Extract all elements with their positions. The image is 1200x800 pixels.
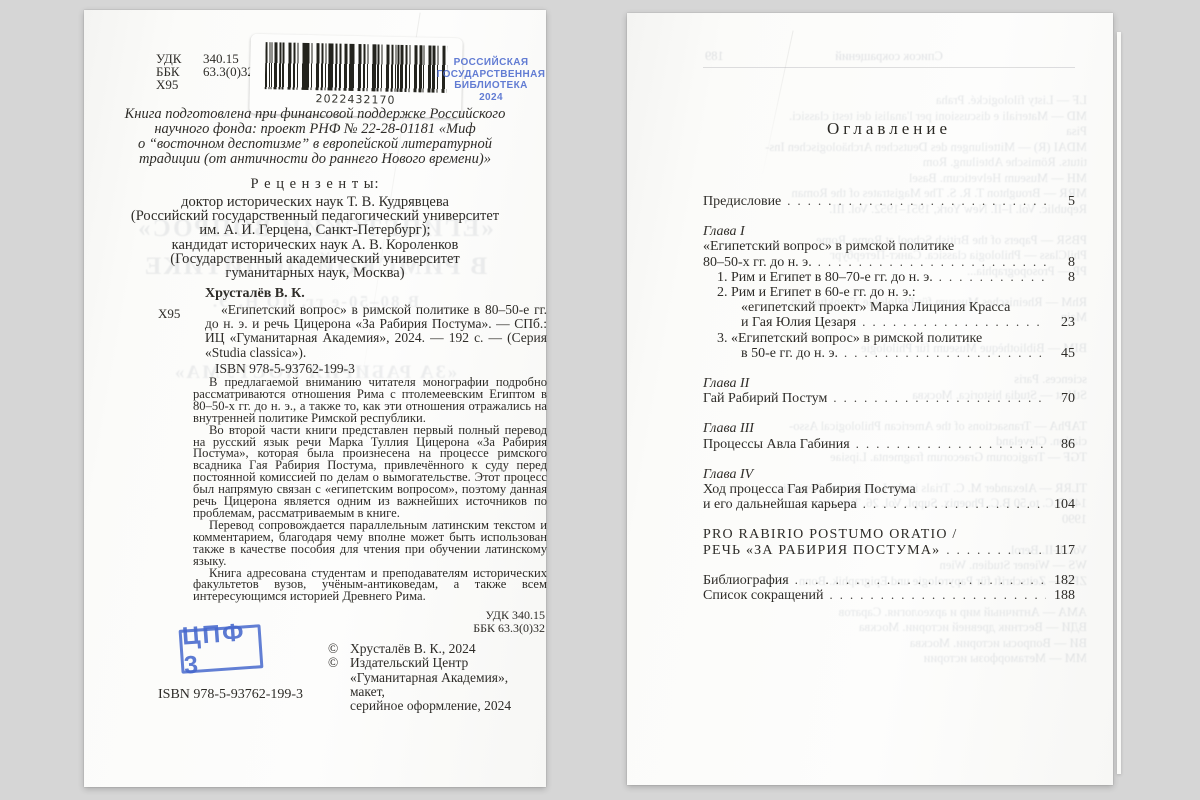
toc-entry: PRO RABIRIO POSTUMO ORATIO /РЕЧЬ «ЗА РАБ… bbox=[703, 527, 1075, 557]
copyright-symbol: © bbox=[328, 642, 350, 656]
toc-entry-line: Список сокращений188 bbox=[703, 588, 1075, 603]
copyright-text: «Гуманитарная Академия», макет, bbox=[350, 671, 546, 700]
ghost-text: ММ — Метаморфозы истории bbox=[667, 651, 1087, 667]
toc-entry-line: Ход процесса Гая Рабирия Постума bbox=[703, 482, 1075, 497]
shelf-mark: Х95 bbox=[158, 306, 180, 322]
toc-title: Оглавление bbox=[703, 118, 1075, 140]
toc-entry-line: Процессы Авла Габиния86 bbox=[703, 437, 1075, 452]
toc-entry-line: Библиография182 bbox=[703, 573, 1075, 588]
copyright-line: «Гуманитарная Академия», макет, bbox=[328, 671, 546, 700]
funding-note: Книга подготовлена при финансовой поддер… bbox=[114, 107, 516, 167]
ghost-text: ВИ — Вопросы истории. Москва bbox=[667, 636, 1087, 652]
showthrough-rule bbox=[703, 67, 1075, 68]
funding-note-line: научного фонда: проект РНФ № 22-28-01181… bbox=[114, 122, 516, 137]
toc-entry: Список сокращений188 bbox=[703, 588, 1075, 603]
toc-entry: Ход процесса Гая Рабирия Постумаи его да… bbox=[703, 482, 1075, 512]
toc-chapter-heading: Глава I bbox=[703, 224, 1075, 239]
reviewer-line: (Российский государственный педагогическ… bbox=[104, 209, 526, 223]
library-stamp-line: ГОСУДАРСТВЕННАЯ bbox=[426, 69, 556, 81]
isbn-bottom: ISBN 978-5-93762-199-3 bbox=[158, 687, 303, 703]
dot-leader bbox=[787, 194, 1046, 209]
author-name: Хрусталёв В. К. bbox=[205, 286, 305, 302]
annotation-paragraph: Во второй части книги представлен первый… bbox=[193, 425, 547, 520]
reviewers-lines: доктор исторических наук Т. В. Кудрявцев… bbox=[104, 195, 526, 280]
toc-entry-line: PRO RABIRIO POSTUMO ORATIO / bbox=[703, 527, 1075, 542]
copyright-symbol: © bbox=[328, 656, 350, 670]
dot-leader bbox=[946, 543, 1046, 558]
annotation-paragraph: Книга адресована студентам и преподавате… bbox=[193, 568, 547, 604]
classification-value: 63.3(0)32 bbox=[203, 65, 254, 78]
toc-entry-line: РЕЧЬ «ЗА РАБИРИЯ ПОСТУМА»117 bbox=[703, 543, 1075, 558]
toc-chapter-heading: Глава III bbox=[703, 421, 1075, 436]
copyright-text: Хрусталёв В. К., 2024 bbox=[350, 642, 476, 656]
toc-page-number: 86 bbox=[1049, 437, 1075, 452]
book-spread-scan: { "colors": { "background": "#d6d6d6", "… bbox=[0, 0, 1200, 800]
toc-entry-text: РЕЧЬ «ЗА РАБИРИЯ ПОСТУМА» bbox=[703, 543, 940, 558]
toc-page-number: 104 bbox=[1049, 497, 1075, 512]
dot-leader bbox=[818, 255, 1046, 270]
ghost-text: LF — Listy filologické. Praha bbox=[667, 93, 1087, 109]
toc-page-number: 70 bbox=[1049, 391, 1075, 406]
ghost-text: AMA — Античный мир и археология. Саратов bbox=[667, 605, 1087, 621]
toc-page-number: 5 bbox=[1049, 194, 1075, 209]
dot-leader bbox=[863, 497, 1046, 512]
toc-entry-text: Библиография bbox=[703, 573, 789, 588]
cpf-ink-stamp: ЦПФ 3 bbox=[179, 624, 264, 674]
dot-leader bbox=[862, 315, 1046, 330]
reviewer-line: гуманитарных наук, Москва) bbox=[104, 266, 526, 280]
reviewers-heading: Р е ц е н з е н т ы: bbox=[104, 177, 526, 192]
toc-entry: Библиография182 bbox=[703, 573, 1075, 588]
classification-bottom-line: УДК 340.15 bbox=[473, 609, 545, 622]
funding-note-line: о “восточном деспотизме” в европейской л… bbox=[114, 137, 516, 152]
table-of-contents: Оглавление Предисловие5Глава I«Египетски… bbox=[703, 118, 1075, 603]
copyright-line: ©Издательский Центр bbox=[328, 656, 546, 670]
annotation-text: В предлагаемой вниманию читателя моногра… bbox=[193, 377, 547, 603]
toc-entry-line: «египетский проект» Марка Лициния Красса bbox=[703, 300, 1075, 315]
toc-entry-text: 80–50-х гг. до н. э. bbox=[703, 255, 812, 270]
toc-entry-line: 2. Рим и Египет в 60-е гг. до н. э.: bbox=[703, 285, 1075, 300]
toc-entry-text: Процессы Авла Габиния bbox=[703, 437, 850, 452]
bibliographic-description: «Египетский вопрос» в римской политике в… bbox=[205, 303, 547, 360]
dot-leader bbox=[844, 346, 1046, 361]
copyright-line: ©Хрусталёв В. К., 2024 bbox=[328, 642, 546, 656]
toc-entry-line: Гай Рабирий Постум70 bbox=[703, 391, 1075, 406]
toc-entry-line: 3. «Египетский вопрос» в римской политик… bbox=[703, 331, 1075, 346]
toc-entry: 1. Рим и Египет в 80–70-е гг. до н. э.8 bbox=[703, 270, 1075, 285]
reviewer-line: (Государственный академический университ… bbox=[104, 252, 526, 266]
toc-entry-text: Список сокращений bbox=[703, 588, 824, 603]
toc-entry-text: в 50-е гг. до н. э. bbox=[741, 346, 838, 361]
dot-leader bbox=[830, 588, 1046, 603]
toc-entry: Гай Рабирий Постум70 bbox=[703, 391, 1075, 406]
toc-entry-text: 1. Рим и Египет в 80–70-е гг. до н. э. bbox=[717, 270, 933, 285]
classification-codes-bottom: УДК 340.15ББК 63.3(0)32 bbox=[473, 609, 546, 634]
classification-codes: УДК340.15ББК63.3(0)32Х95 bbox=[156, 52, 254, 92]
classification-bottom-line: ББК 63.3(0)32 bbox=[473, 622, 545, 635]
copyright-block: ©Хрусталёв В. К., 2024©Издательский Цент… bbox=[328, 642, 546, 713]
library-stamp: РОССИЙСКАЯГОСУДАРСТВЕННАЯБИБЛИОТЕКА2024 bbox=[426, 57, 556, 103]
ghost-text: ВДИ — Вестник древней истории. Москва bbox=[667, 620, 1087, 636]
toc-entry-line: «Египетский вопрос» в римской политике bbox=[703, 239, 1075, 254]
toc-page-number: 8 bbox=[1049, 255, 1075, 270]
toc-page-number: 188 bbox=[1049, 588, 1075, 603]
toc-entry-line: 1. Рим и Египет в 80–70-е гг. до н. э.8 bbox=[703, 270, 1075, 285]
underlying-page-edge bbox=[1117, 32, 1121, 774]
toc-entry-line: Предисловие5 bbox=[703, 194, 1075, 209]
funding-note-line: традиции (от античности до раннего Новог… bbox=[114, 152, 516, 167]
reviewer-line: им. А. И. Герцена, Санкт-Петербург); bbox=[104, 223, 526, 237]
toc-entry: Процессы Авла Габиния86 bbox=[703, 437, 1075, 452]
toc-chapter-heading: Глава IV bbox=[703, 467, 1075, 482]
toc-entry: 2. Рим и Египет в 60-е гг. до н. э.:«еги… bbox=[703, 285, 1075, 331]
toc-entry: «Египетский вопрос» в римской политике80… bbox=[703, 239, 1075, 269]
toc-entry-text: Гай Рабирий Постум bbox=[703, 391, 827, 406]
copyright-line: серийное оформление, 2024 bbox=[328, 699, 546, 713]
showthrough-running-head: Список сокращений 189 bbox=[703, 49, 1075, 65]
toc-entry-text: и Гая Юлия Цезаря bbox=[741, 315, 856, 330]
toc-entry-line: в 50-е гг. до н. э.45 bbox=[703, 346, 1075, 361]
copyright-text: Издательский Центр bbox=[350, 656, 468, 670]
toc-page-number: 8 bbox=[1049, 270, 1075, 285]
toc-chapter-heading: Глава II bbox=[703, 376, 1075, 391]
toc-entry-text: и его дальнейшая карьера bbox=[703, 497, 857, 512]
toc-entry-line: и Гая Юлия Цезаря23 bbox=[703, 315, 1075, 330]
dot-leader bbox=[856, 437, 1046, 452]
showthrough-head-title: Список сокращений bbox=[703, 49, 1075, 64]
toc-entry-text: Предисловие bbox=[703, 194, 781, 209]
showthrough-head-page: 189 bbox=[705, 49, 724, 64]
classification-row: Х95 bbox=[156, 78, 254, 91]
reviewer-line: доктор исторических наук Т. В. Кудрявцев… bbox=[104, 195, 526, 209]
annotation-paragraph: В предлагаемой вниманию читателя моногра… bbox=[193, 377, 547, 425]
dot-leader bbox=[795, 573, 1046, 588]
library-stamp-line: БИБЛИОТЕКА bbox=[426, 80, 556, 92]
toc-entry: 3. «Египетский вопрос» в римской политик… bbox=[703, 331, 1075, 361]
reviewer-line: кандидат исторических наук А. В. Королен… bbox=[104, 238, 526, 252]
right-page-contents: Список сокращений 189 LF — Listy filolog… bbox=[627, 13, 1113, 785]
dot-leader bbox=[939, 270, 1046, 285]
annotation-paragraph: Перевод сопровождается параллельным лати… bbox=[193, 520, 547, 568]
toc-entry-line: и его дальнейшая карьера104 bbox=[703, 497, 1075, 512]
toc-page-number: 117 bbox=[1049, 543, 1075, 558]
toc-entry-line: 80–50-х гг. до н. э.8 bbox=[703, 255, 1075, 270]
funding-note-line: Книга подготовлена при финансовой поддер… bbox=[114, 107, 516, 122]
toc-page-number: 23 bbox=[1049, 315, 1075, 330]
barcode-icon bbox=[265, 42, 448, 93]
library-stamp-line: РОССИЙСКАЯ bbox=[426, 57, 556, 69]
classification-label: Х95 bbox=[156, 78, 203, 91]
copyright-symbol bbox=[328, 699, 350, 713]
library-stamp-line: 2024 bbox=[426, 92, 556, 104]
dot-leader bbox=[833, 391, 1046, 406]
left-page-imprint: «ЕГИПЕТСКИЙ ВОПРОС»В РИМСКОЙ ПОЛИТИКЕВ 8… bbox=[84, 10, 546, 787]
toc-entry: Предисловие5 bbox=[703, 194, 1075, 209]
copyright-symbol bbox=[328, 671, 350, 700]
toc-page-number: 45 bbox=[1049, 346, 1075, 361]
toc-body: Предисловие5Глава I«Египетский вопрос» в… bbox=[703, 194, 1075, 603]
copyright-text: серийное оформление, 2024 bbox=[350, 699, 511, 713]
toc-page-number: 182 bbox=[1049, 573, 1075, 588]
reviewers-block: Р е ц е н з е н т ы: доктор исторических… bbox=[104, 177, 526, 280]
